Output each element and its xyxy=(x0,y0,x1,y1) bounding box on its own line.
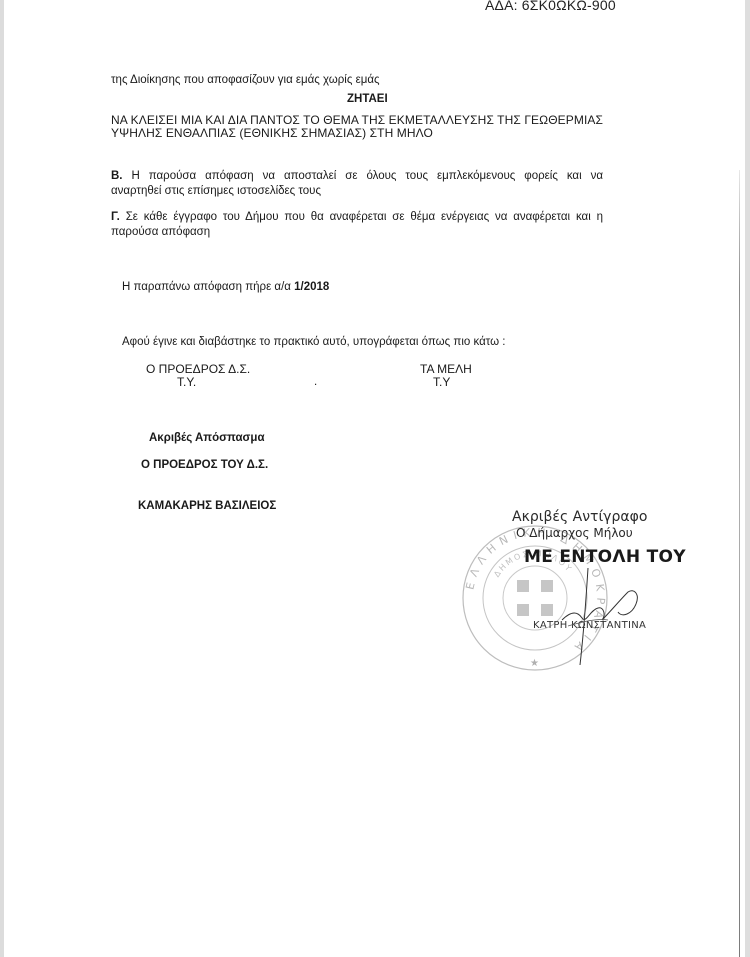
decision-number-line: Η παραπάνω απόφαση πήρε α/α 1/2018 xyxy=(122,280,329,295)
signing-line: Αφού έγινε και διαβάστηκε το πρακτικό αυ… xyxy=(122,335,505,350)
president-ty: Τ.Υ. xyxy=(177,375,196,390)
ada-code: ΑΔΑ: 6ΣΚ0ΩΚΩ-900 xyxy=(485,0,616,13)
president-title: Ο ΠΡΟΕΔΡΟΣ Δ.Σ. xyxy=(146,362,250,377)
point-b-marker: Β. xyxy=(111,170,123,182)
extract-label: Ακριβές Απόσπασμα xyxy=(149,431,265,446)
point-g-marker: Γ. xyxy=(111,211,120,223)
extract-president-title: Ο ΠΡΟΕΔΡΟΣ ΤΟΥ Δ.Σ. xyxy=(141,458,268,473)
scan-artifact-line xyxy=(739,170,740,957)
members-ty: Τ.Υ xyxy=(433,375,450,390)
point-b-line-1: Β. Η παρούσα απόφαση να αποσταλεί σε όλο… xyxy=(111,169,603,184)
point-g-line-1: Γ. Σε κάθε έγγραφο του Δήμου που θα αναφ… xyxy=(111,210,603,225)
point-g-line-2: παρούσα απόφαση xyxy=(111,226,210,238)
demand-line-2: ΥΨΗΛΗΣ ΕΝΘΑΛΠΙΑΣ (ΕΘΝΙΚΗΣ ΣΗΜΑΣΙΑΣ) ΣΤΗ … xyxy=(111,126,433,141)
svg-text:★: ★ xyxy=(530,658,539,669)
signature-icon xyxy=(560,560,650,670)
scan-edge-left xyxy=(0,0,4,957)
stamp-line-2: Ο Δήμαρχος Μήλου xyxy=(516,526,633,540)
point-g: Γ. Σε κάθε έγγραφο του Δήμου που θα αναφ… xyxy=(111,210,603,240)
stamp-line-1: Ακριβές Αντίγραφο xyxy=(512,509,647,525)
demand-heading: ΖΗΤΑΕΙ xyxy=(347,92,388,107)
extract-president-name: ΚΑΜΑΚΑΡΗΣ ΒΑΣΙΛΕΙΟΣ xyxy=(138,499,276,514)
intro-line: της Διοίκησης που αποφασίζουν για εμάς χ… xyxy=(111,73,380,88)
decision-number: 1/2018 xyxy=(294,281,329,293)
separator-dot: . xyxy=(314,375,317,390)
point-b-line-2: αναρτηθεί στις επίσημες ιστοσελίδες τους xyxy=(111,185,321,197)
point-b: Β. Η παρούσα απόφαση να αποσταλεί σε όλο… xyxy=(111,169,603,199)
scan-edge-right xyxy=(745,0,750,957)
